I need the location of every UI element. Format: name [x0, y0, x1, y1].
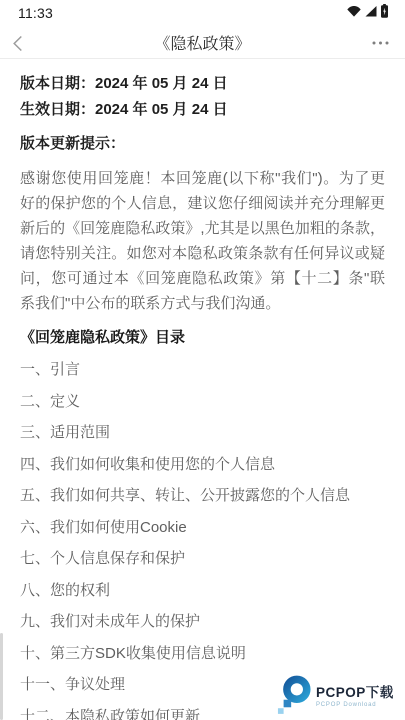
policy-content: 版本日期：2024 年 05 月 24 日 生效日期：2024 年 05 月 2…	[0, 59, 405, 720]
toc-item-1: 一、引言	[20, 362, 385, 378]
toc-item-2: 二、定义	[20, 394, 385, 410]
toc-item-4: 四、我们如何收集和使用您的个人信息	[20, 457, 385, 473]
toc-title: 《回笼鹿隐私政策》目录	[20, 329, 385, 346]
back-button[interactable]	[12, 34, 32, 52]
toc-item-9: 九、我们对未成年人的保护	[20, 614, 385, 630]
toc-item-3: 三、适用范围	[20, 425, 385, 441]
ellipsis-icon	[372, 41, 389, 45]
toc-item-6: 六、我们如何使用Cookie	[20, 520, 385, 536]
toc-item-5: 五、我们如何共享、转让、公开披露您的个人信息	[20, 488, 385, 504]
status-bar: 11:33	[0, 0, 405, 26]
version-date: 版本日期：2024 年 05 月 24 日	[20, 71, 385, 97]
page-title: 《隐私政策》	[154, 31, 250, 54]
watermark-text: PCPOP下载 PCPOP Download	[316, 686, 394, 708]
watermark: PCPOP下载 PCPOP Download	[268, 674, 405, 720]
more-options-button[interactable]	[372, 36, 392, 50]
status-icons	[347, 4, 388, 23]
pcpop-logo-icon	[277, 675, 311, 720]
watermark-subtitle: PCPOP Download	[316, 702, 394, 708]
nav-bar: 《隐私政策》	[0, 26, 405, 59]
toc-item-8: 八、您的权利	[20, 583, 385, 599]
wifi-icon	[347, 4, 361, 22]
toc-item-7: 七、个人信息保存和保护	[20, 551, 385, 567]
status-time: 11:33	[18, 5, 53, 21]
intro-paragraph: 感谢您使用回笼鹿！本回笼鹿(以下称"我们")。为了更好的保护您的个人信息，建议您…	[20, 166, 385, 316]
toc-item-10: 十、第三方SDK收集使用信息说明	[20, 646, 385, 662]
update-notice-label: 版本更新提示：	[20, 131, 385, 157]
chevron-left-icon	[12, 35, 23, 52]
battery-charging-icon	[381, 4, 388, 23]
cellular-signal-icon	[365, 4, 377, 22]
watermark-title: PCPOP下载	[316, 686, 394, 700]
scrollbar-thumb[interactable]	[0, 633, 3, 720]
privacy-policy-screen: 11:33 《隐私政策》	[0, 0, 405, 720]
effective-date: 生效日期：2024 年 05 月 24 日	[20, 97, 385, 123]
